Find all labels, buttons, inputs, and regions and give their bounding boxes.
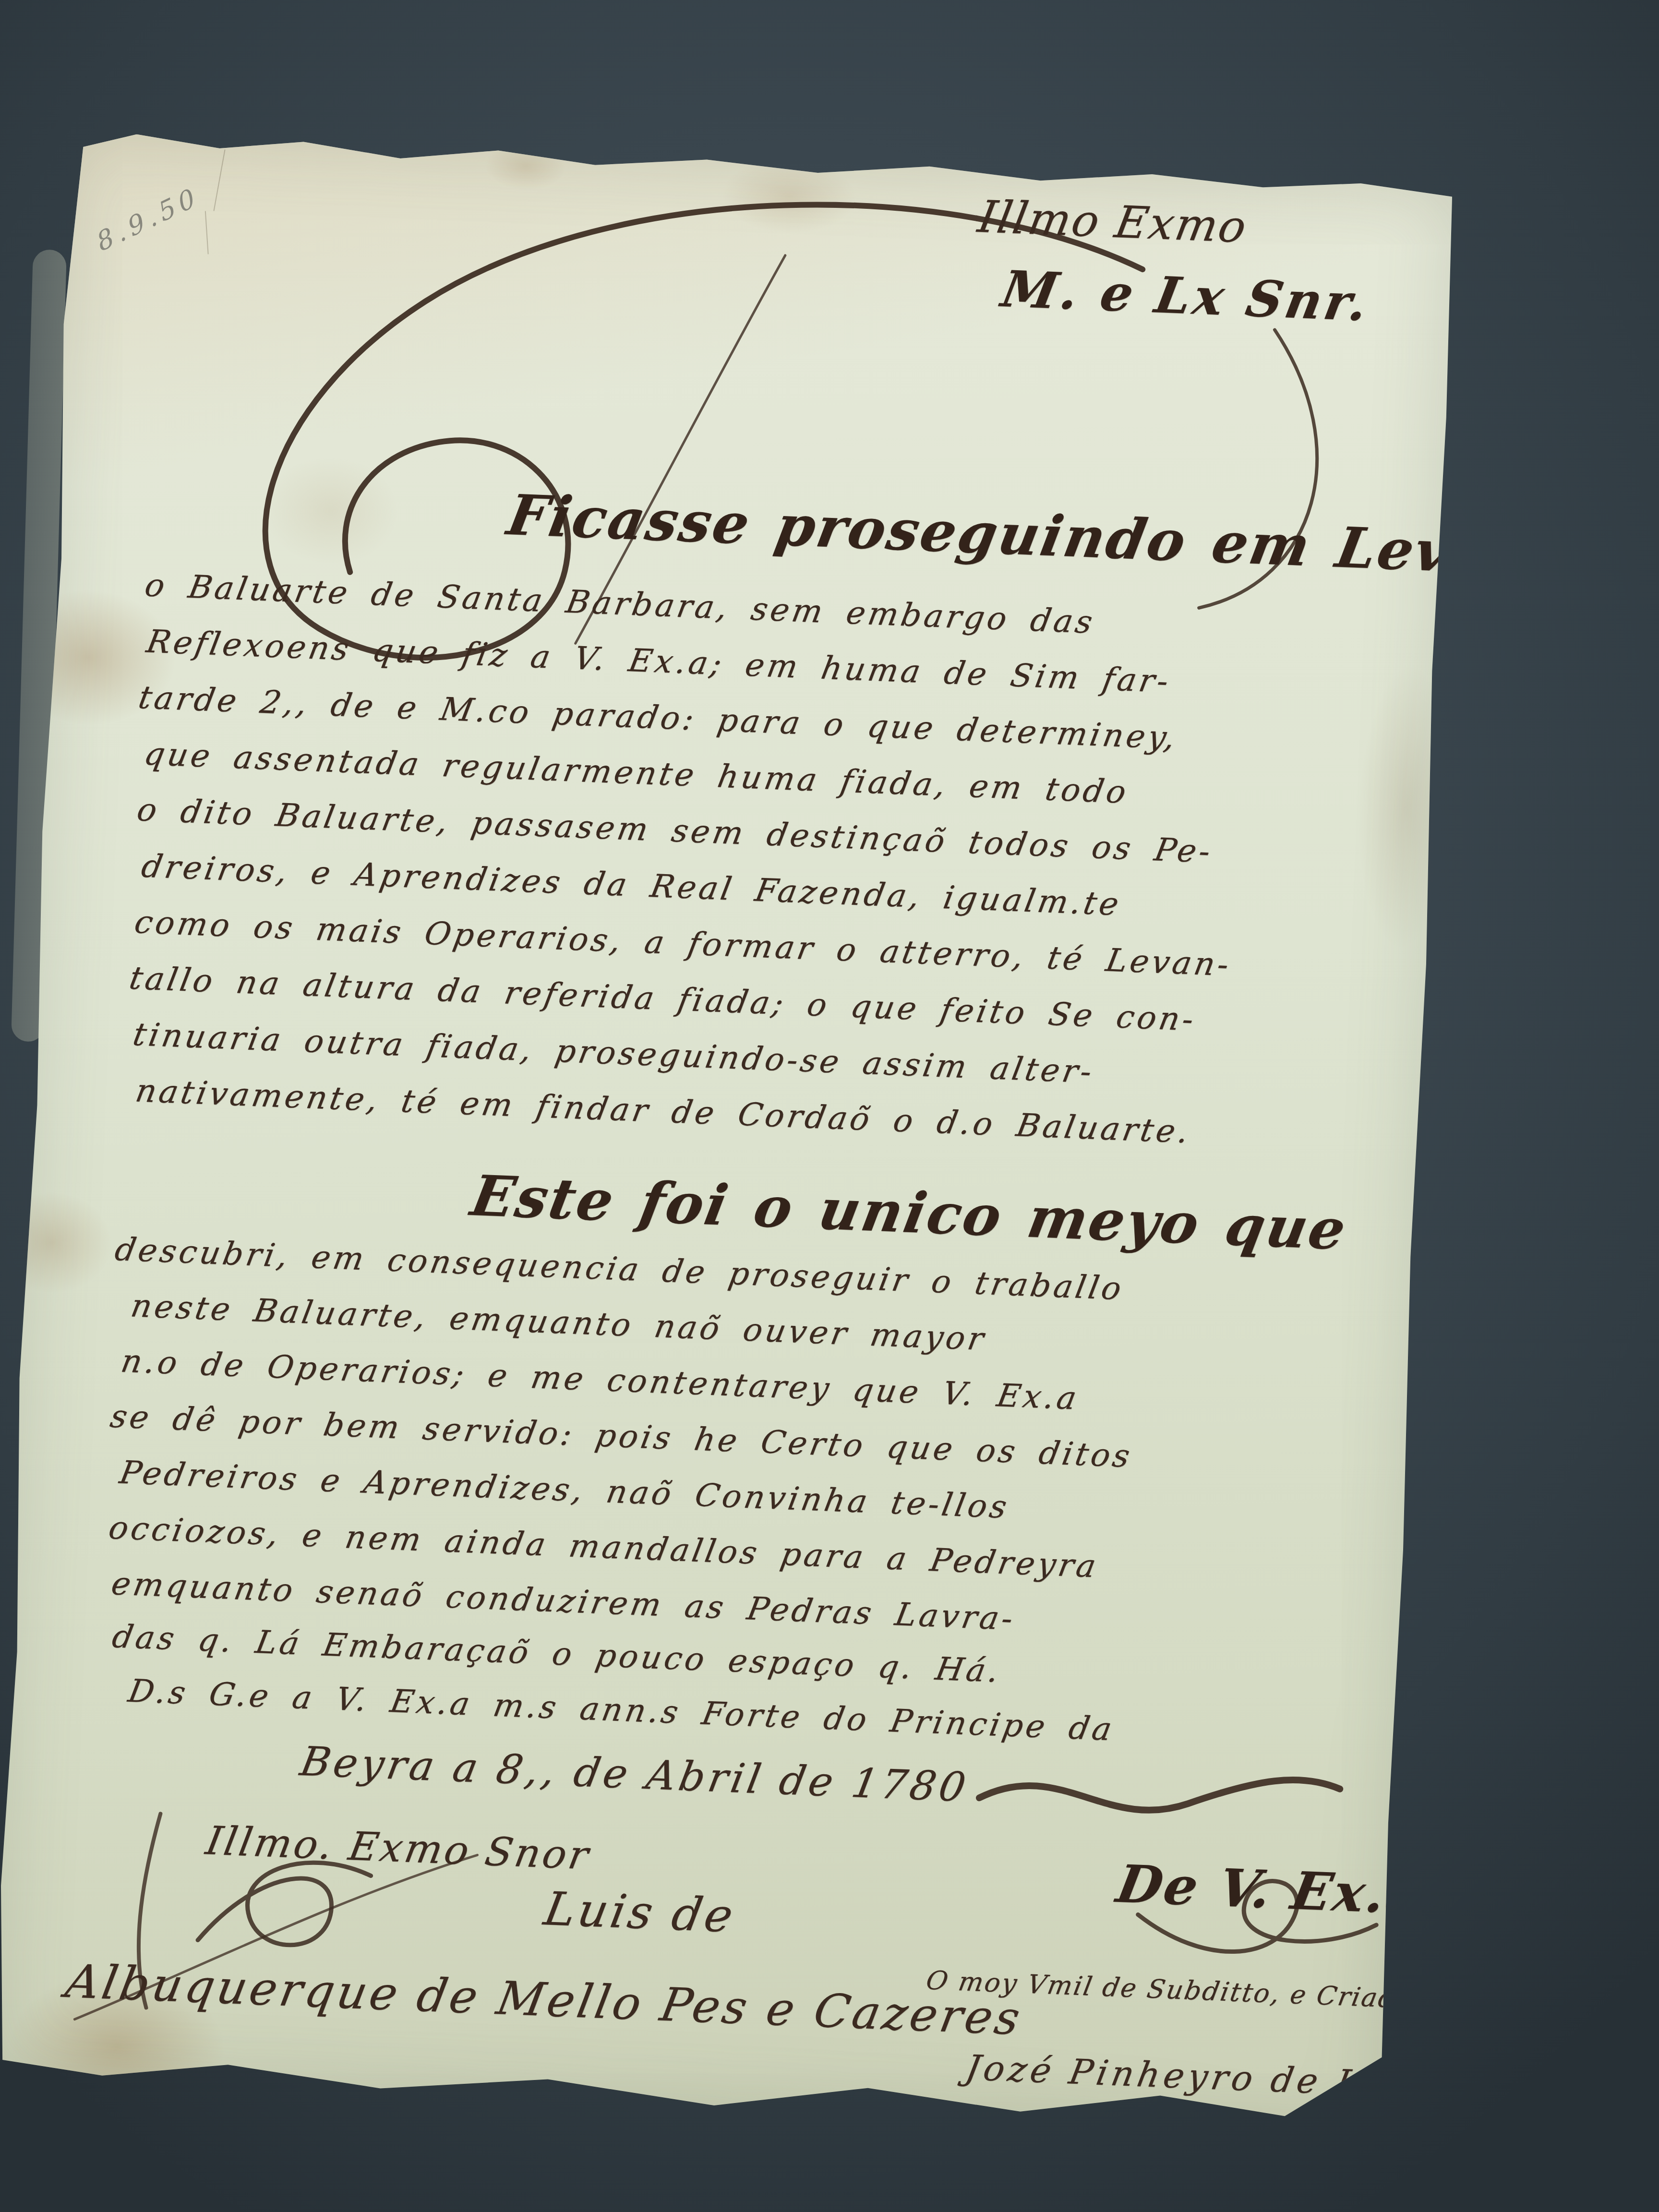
salutation-line-2: M. e Lx Snr. <box>997 259 1375 332</box>
addressee-line-3: Albuquerque de Mello Pes e Cazeres <box>61 1954 1026 2045</box>
manuscript-paper: 8.9.50 Illmo Exmo M. e Lx Snr. Ficasse p… <box>0 129 1458 2136</box>
courtesy-closing: De V. Ex.a <box>1112 1854 1428 1926</box>
addressee-line-2: Luis de <box>540 1882 740 1943</box>
addressee-line-1: Illmo. Exmo Snor <box>203 1818 594 1878</box>
monogram-flourish <box>198 1858 372 1948</box>
date-line: Beyra a 8,, de Abril de 1780 <box>297 1738 973 1811</box>
date-swash-flourish <box>979 1767 1340 1818</box>
paper-crack <box>205 211 209 254</box>
paragraph1-opening-line: Ficasse proseguindo em Levantar <box>503 482 1633 591</box>
photo-background: 8.9.50 Illmo Exmo M. e Lx Snr. Ficasse p… <box>0 0 1659 2212</box>
salutation-line-1: Illmo Exmo <box>974 191 1252 252</box>
manuscript-line: neste Baluarte, emquanto naõ ouver mayor <box>128 1287 989 1357</box>
paper-crack <box>213 149 225 211</box>
signature: Jozé Pinheyro de Lacerda <box>962 2047 1509 2109</box>
paragraph2-opening-line: Este foi o unico meyo que <box>466 1163 1352 1262</box>
archival-pencil-note: 8.9.50 <box>93 180 204 257</box>
